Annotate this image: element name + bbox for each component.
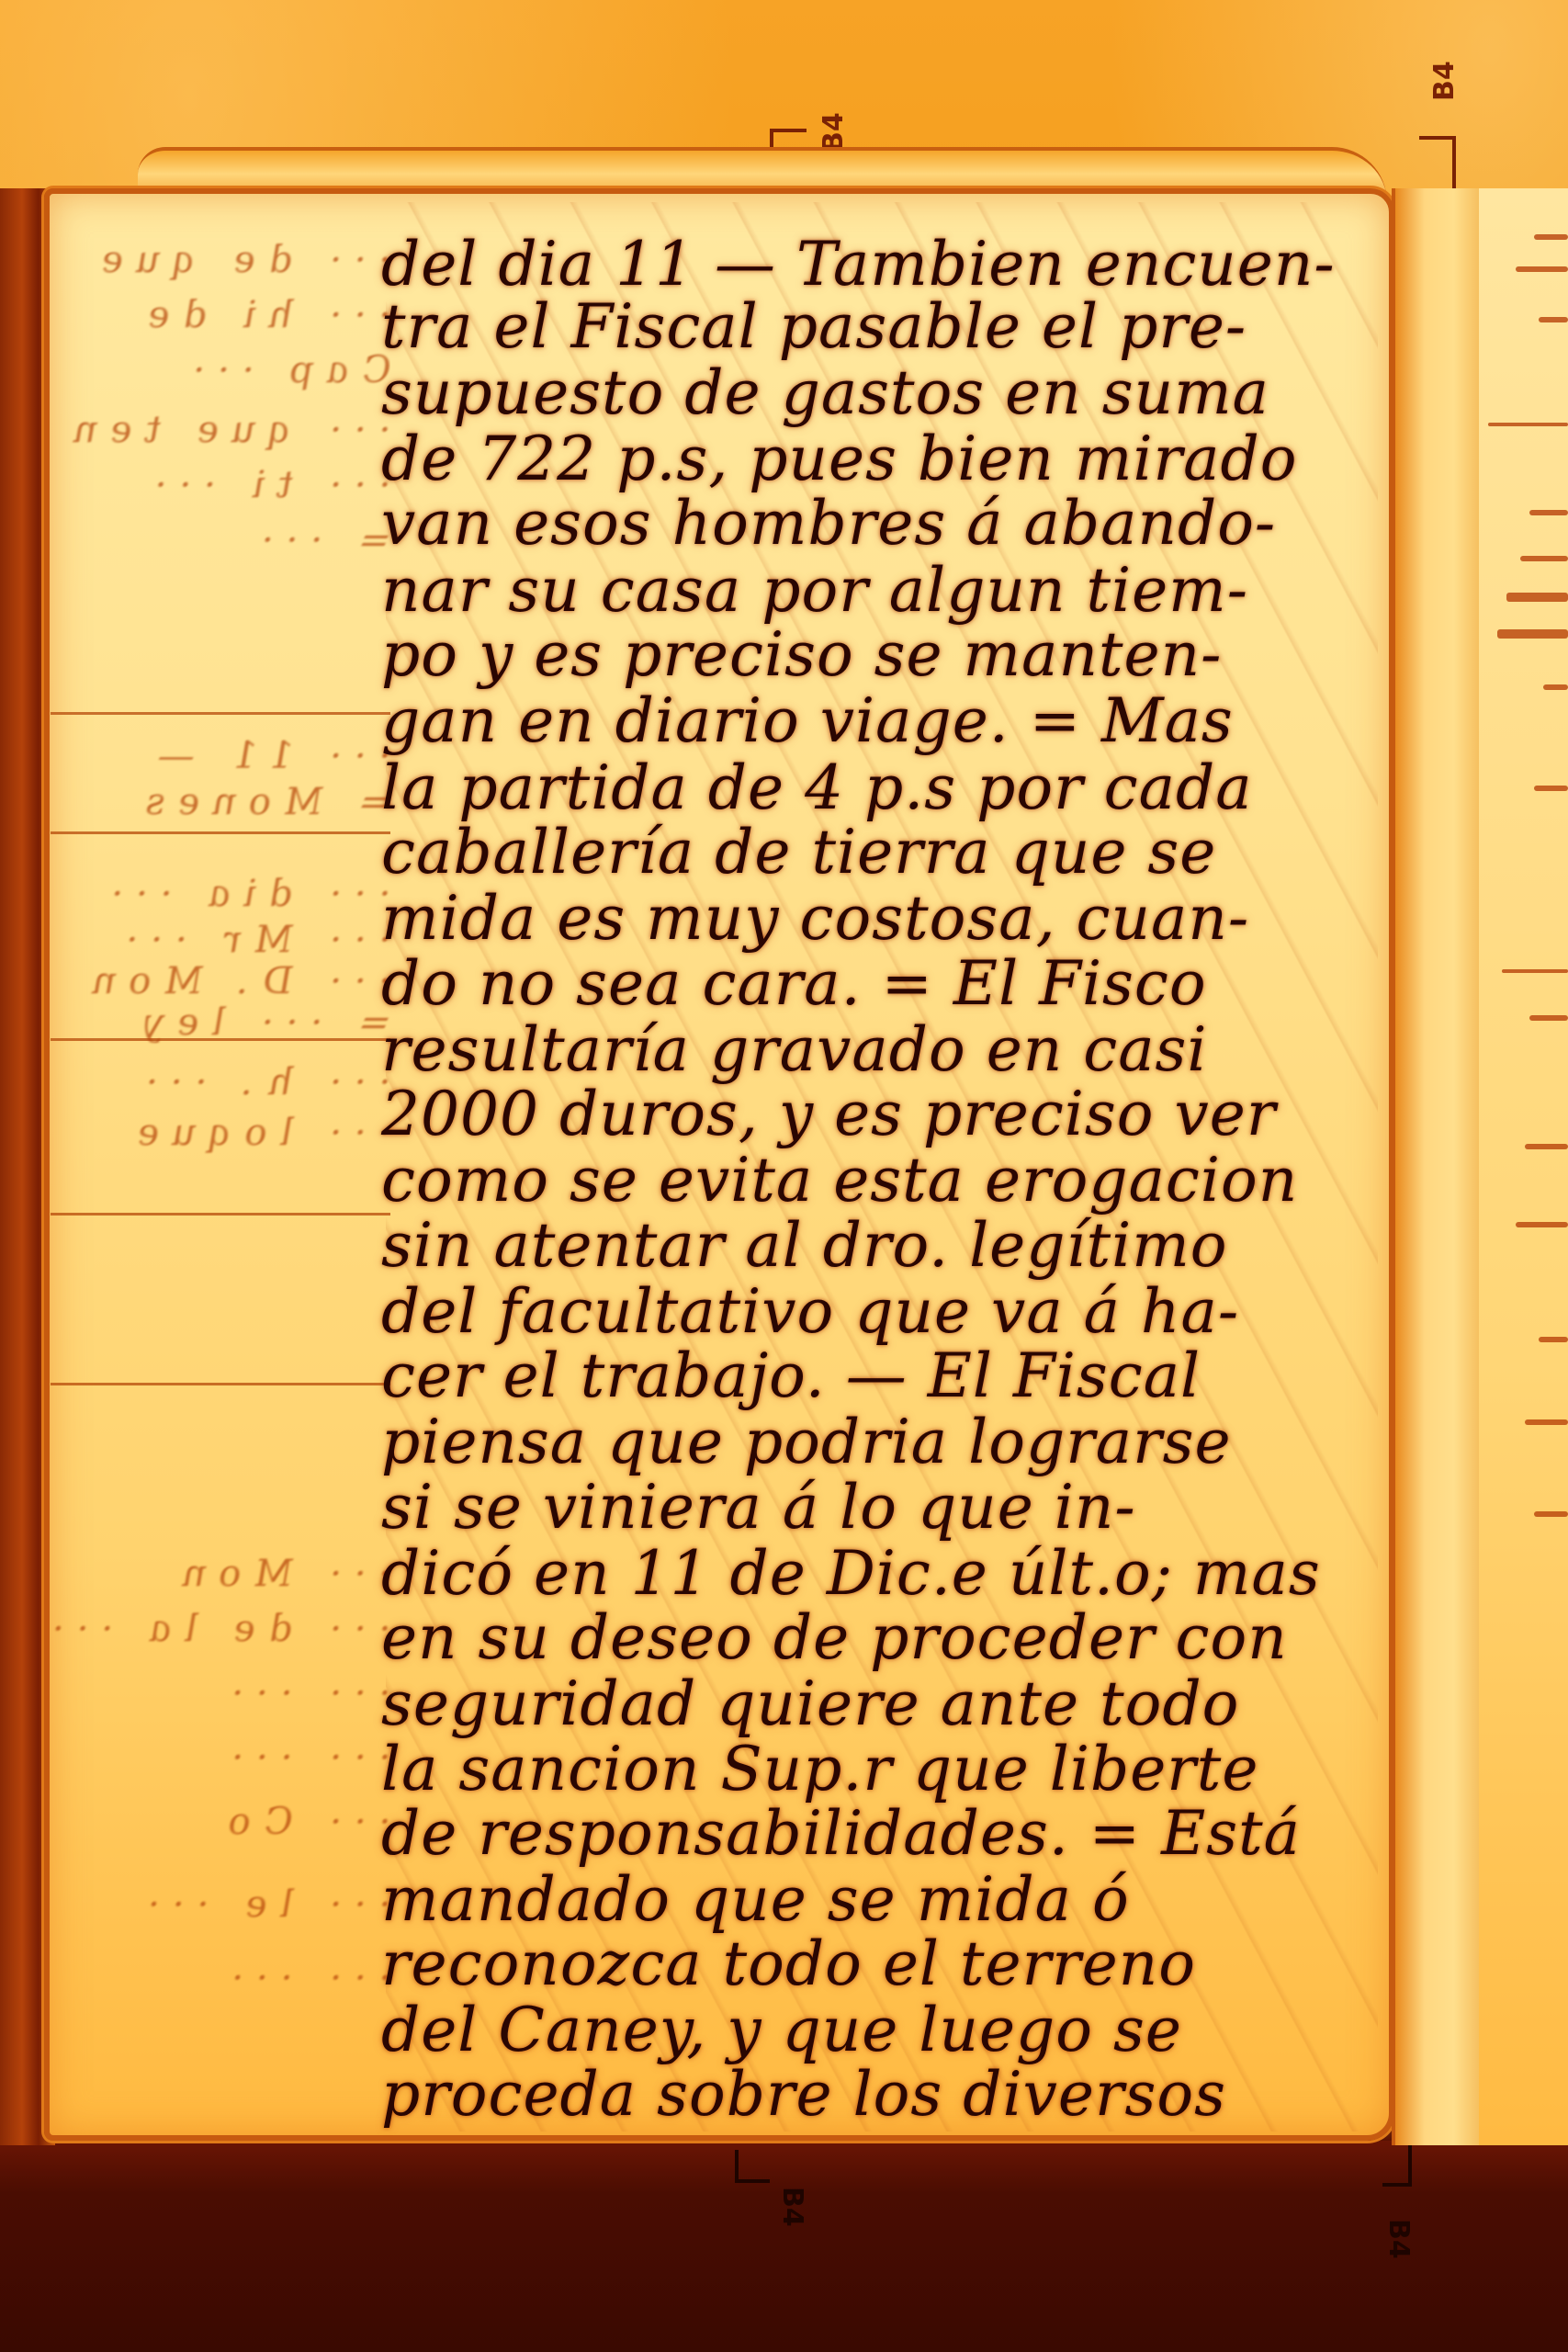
text-line: proceda sobre los diversos <box>381 2064 1226 2125</box>
text-line: del facultativo que va á ha- <box>381 1282 1239 1342</box>
bleed-text-line: ··· 11 — <box>80 735 390 777</box>
text-line: la sancion Sup.r que liberte <box>381 1739 1258 1800</box>
text-line: do no sea cara. = El Fisco <box>381 954 1207 1014</box>
bleed-text-line: ··· h. ··· <box>80 1061 390 1103</box>
text-line: del Caney, y que luego se <box>381 2000 1182 2061</box>
adjacent-page-edge <box>1479 188 1568 2145</box>
adjacent-page-ink <box>1529 510 1568 515</box>
adjacent-page-ink <box>1539 1337 1568 1342</box>
margin-rule-line <box>51 712 390 715</box>
margin-rule-line <box>51 831 390 834</box>
text-line: resultaría gravado en casi <box>381 1020 1208 1080</box>
text-line: tra el Fiscal pasable el pre- <box>381 297 1247 357</box>
adjacent-page-ink <box>1529 1015 1568 1021</box>
adjacent-page-ink <box>1539 317 1568 322</box>
bleed-text-line: ··· que ten <box>80 409 390 451</box>
adjacent-page-ink <box>1534 234 1568 240</box>
adjacent-page-ink <box>1497 629 1568 639</box>
text-line: de 722 p.s, pues bien mirado <box>381 429 1297 490</box>
bleed-text-line: ··· ti ··· <box>80 464 390 506</box>
text-line: si se viniera á lo que in- <box>381 1477 1136 1538</box>
left-margin-bleed-through: ··· de que ··· hi de Cap ··· ··· que ten… <box>51 193 390 2131</box>
bleed-text-line: ··· de la ··· <box>80 1608 390 1650</box>
adjacent-page-ink <box>1543 684 1568 690</box>
bleed-text-line: ··· ··· <box>80 1736 390 1779</box>
text-line: de responsabilidades. = Está <box>381 1804 1301 1864</box>
text-line: gan en diario viage. = Mas <box>381 691 1234 752</box>
adjacent-page-ink <box>1506 593 1568 602</box>
bleed-text-line: ··· Co <box>80 1801 390 1843</box>
text-line: en su deseo de proceder con <box>381 1608 1288 1668</box>
margin-rule-line <box>51 1213 390 1216</box>
text-line: reconozca todo el terreno <box>381 1934 1196 1995</box>
text-line: nar su casa por algun tiem- <box>381 560 1248 621</box>
adjacent-page-ink <box>1525 1419 1568 1425</box>
bleed-text-line: = Mones <box>80 781 390 823</box>
text-line: del dia 11 — Tambien encuen- <box>381 234 1336 295</box>
text-line: como se evita esta erogacion <box>381 1150 1298 1211</box>
book-gutter-right <box>1392 188 1479 2145</box>
adjacent-page-ink <box>1534 786 1568 791</box>
bleed-text-line: = ··· <box>80 519 390 561</box>
text-line: piensa que podria lograrse <box>381 1412 1232 1473</box>
text-line: seguridad quiere ante todo <box>381 1674 1239 1735</box>
margin-rule-line <box>51 1383 390 1385</box>
bleed-text-line: Cap ··· <box>80 349 390 391</box>
text-line: van esos hombres á abando- <box>381 493 1276 554</box>
adjacent-page-ink <box>1488 423 1568 426</box>
bleed-text-line: ··· D. Mon <box>80 960 390 1002</box>
adjacent-page-ink <box>1516 266 1568 272</box>
text-line: sin atentar al dro. legítimo <box>381 1216 1228 1276</box>
bleed-text-line: ··· Mr ··· <box>80 919 390 961</box>
text-line: mandado que se mida ó <box>381 1870 1130 1930</box>
adjacent-page-ink <box>1525 1144 1568 1149</box>
text-line: supuesto de gastos en suma <box>381 363 1269 424</box>
bleed-text-line: = ··· ley <box>80 1001 390 1044</box>
scale-marker-bottom-right: B4 <box>1378 2145 1470 2301</box>
text-line: la partida de 4 p.s por cada <box>381 758 1253 819</box>
bleed-text-line: ··· hi de <box>80 294 390 336</box>
bleed-text-line: ··· loque <box>80 1112 390 1154</box>
bleed-text-line: ··· le ··· <box>80 1883 390 1926</box>
bleed-text-line: ··· Mon <box>80 1553 390 1595</box>
text-line: mida es muy costosa, cuan- <box>381 888 1249 949</box>
bleed-text-line: ··· de que <box>80 239 390 281</box>
bleed-text-line: ··· dia ··· <box>80 873 390 915</box>
text-line: caballería de tierra que se <box>381 822 1216 883</box>
text-line: 2000 duros, y es preciso ver <box>381 1084 1276 1145</box>
adjacent-page-ink <box>1502 969 1568 973</box>
scale-marker-label: B4 <box>776 2187 808 2227</box>
scale-marker-bottom-left: B4 <box>735 2150 827 2260</box>
bleed-text-line: ··· ··· <box>80 1957 390 1999</box>
text-line: cer el trabajo. — El Fiscal <box>381 1346 1201 1407</box>
adjacent-page-ink <box>1516 1222 1568 1227</box>
adjacent-page-ink <box>1534 1511 1568 1517</box>
adjacent-page-ink <box>1520 556 1568 561</box>
bleed-text-line: ··· ··· <box>80 1672 390 1714</box>
text-line: po y es preciso se manten- <box>381 625 1222 685</box>
text-line: dicó en 11 de Dic.e últ.o; mas <box>381 1543 1321 1604</box>
scale-marker-label: B4 <box>1428 61 1461 101</box>
scale-marker-label: B4 <box>1382 2219 1415 2259</box>
